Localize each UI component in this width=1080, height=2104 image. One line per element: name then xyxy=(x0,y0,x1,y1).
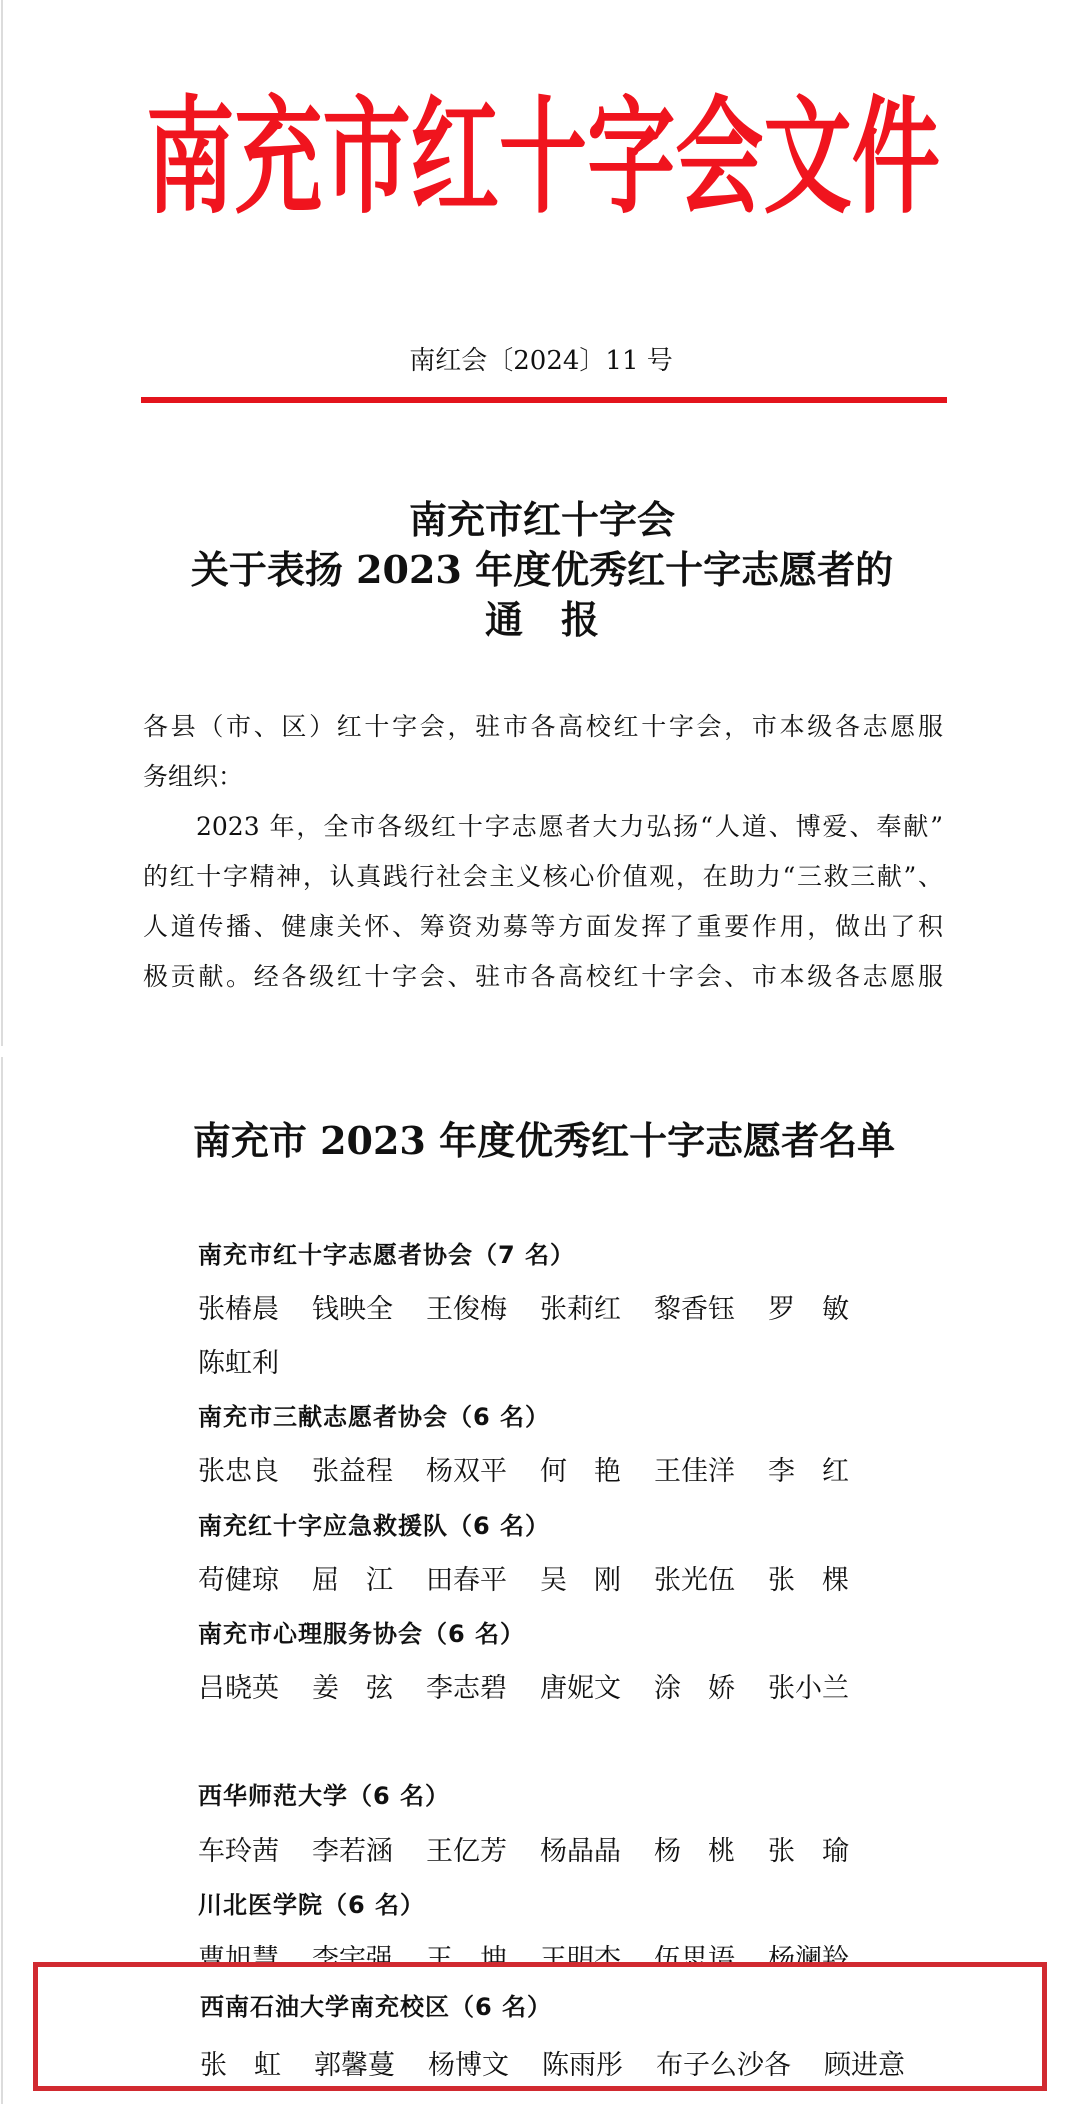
highlight-box: 西南石油大学南充校区（6 名） 张 虹 郭馨蔓 杨博文 陈雨彤 布子么沙各 顾进… xyxy=(33,1962,1047,2091)
body-line: 人道传播、健康关怀、筹资劝募等方面发挥了重要作用，做出了积 xyxy=(143,902,943,952)
group-title: 南充红十字应急救援队（6 名） xyxy=(198,1506,550,1541)
group-members-row: 陈虹利 xyxy=(198,1333,1058,1387)
group-title: 南充市三献志愿者协会（6 名） xyxy=(198,1397,550,1432)
body-line: 务组织： xyxy=(143,752,943,802)
volunteer-name: 王亿芳 xyxy=(426,1829,507,1868)
volunteer-name: 杨博文 xyxy=(428,2043,509,2082)
volunteer-name: 田春平 xyxy=(426,1558,507,1597)
group-title: 川北医学院（6 名） xyxy=(198,1885,425,1920)
group-title: 南充市红十字志愿者协会（7 名） xyxy=(198,1235,575,1270)
group-header: 西华师范大学（6 名） xyxy=(198,1767,1058,1821)
volunteer-name: 张 棵 xyxy=(768,1558,849,1597)
volunteer-name: 张忠良 xyxy=(198,1449,279,1488)
volunteer-name: 张 瑜 xyxy=(768,1829,849,1868)
volunteer-name: 张椿晨 xyxy=(198,1287,279,1326)
group-header: 川北医学院（6 名） xyxy=(198,1875,1058,1929)
group-title: 南充市心理服务协会（6 名） xyxy=(198,1614,525,1649)
group-members-row: 张忠良 张益程 杨双平 何 艳 王佳洋 李 红 xyxy=(198,1442,1058,1496)
group-title: 西南石油大学南充校区（6 名） xyxy=(200,1987,552,2022)
volunteer-name: 张光伍 xyxy=(654,1558,735,1597)
page-edge-bottom xyxy=(1,1057,3,2104)
group-header: 南充红十字应急救援队（6 名） xyxy=(198,1496,1058,1550)
document-masthead: 南充市红十字会文件 xyxy=(0,92,1080,222)
body-line: 各县（市、区）红十字会，驻市各高校红十字会，市本级各志愿服 xyxy=(143,702,943,752)
volunteer-name: 布子么沙各 xyxy=(656,2043,791,2082)
masthead-title: 南充市红十字会文件 xyxy=(146,92,940,222)
group-header: 西南石油大学南充校区（6 名） xyxy=(200,1977,552,2031)
group-title: 西华师范大学（6 名） xyxy=(198,1776,450,1811)
group-header: 南充市红十字志愿者协会（7 名） xyxy=(198,1225,1058,1279)
group-members-row: 苟健琼 屈 江 田春平 吴 刚 张光伍 张 棵 xyxy=(198,1550,1058,1604)
body-line: 极贡献。经各级红十字会、驻市各高校红十字会、市本级各志愿服 xyxy=(143,952,943,1002)
group-members-row: 车玲茜 李若涵 王亿芳 杨晶晶 杨 桃 张 瑜 xyxy=(198,1821,1058,1875)
volunteer-name: 杨 桃 xyxy=(654,1829,735,1868)
volunteer-name: 李 红 xyxy=(768,1449,849,1488)
volunteer-name: 王佳洋 xyxy=(654,1449,735,1488)
volunteer-name: 顾进意 xyxy=(824,2043,905,2082)
group-members-row: 张 虹 郭馨蔓 杨博文 陈雨彤 布子么沙各 顾进意 xyxy=(200,2035,938,2089)
volunteer-name: 何 艳 xyxy=(540,1449,621,1488)
volunteer-name: 李若涵 xyxy=(312,1829,393,1868)
notice-title: 南充市红十字会 关于表扬 2023 年度优秀红十字志愿者的 通 报 xyxy=(0,495,1080,645)
volunteer-name: 陈虹利 xyxy=(198,1341,279,1380)
volunteer-name: 陈雨彤 xyxy=(542,2043,623,2082)
volunteer-name: 钱映全 xyxy=(312,1287,393,1326)
group-members-row: 张椿晨 钱映全 王俊梅 张莉红 黎香钰 罗 敏 xyxy=(198,1279,1058,1333)
blank-line xyxy=(198,1713,1058,1767)
body-line: 2023 年，全市各级红十字志愿者大力弘扬“人道、博爱、奉献” xyxy=(143,802,943,852)
volunteer-name: 郭馨蔓 xyxy=(314,2043,395,2082)
volunteer-name: 吕晓英 xyxy=(198,1666,279,1705)
volunteer-name: 车玲茜 xyxy=(198,1829,279,1868)
document-number: 南红会〔2024〕11 号 xyxy=(0,346,1080,376)
notice-body: 各县（市、区）红十字会，驻市各高校红十字会，市本级各志愿服 务组织： 2023 … xyxy=(143,702,943,1002)
notice-subject: 关于表扬 2023 年度优秀红十字志愿者的 xyxy=(0,545,1080,595)
volunteer-name: 张小兰 xyxy=(768,1666,849,1705)
volunteer-name: 杨双平 xyxy=(426,1449,507,1488)
volunteer-name: 黎香钰 xyxy=(654,1287,735,1326)
group-header: 南充市三献志愿者协会（6 名） xyxy=(198,1388,1058,1442)
volunteer-name: 张 虹 xyxy=(200,2043,281,2082)
volunteer-name: 杨晶晶 xyxy=(540,1829,621,1868)
volunteer-name: 罗 敏 xyxy=(768,1287,849,1326)
volunteer-name: 张益程 xyxy=(312,1449,393,1488)
red-divider-rule xyxy=(141,397,947,403)
notice-type: 通 报 xyxy=(0,595,1080,645)
volunteer-name: 唐妮文 xyxy=(540,1666,621,1705)
group-header: 南充市心理服务协会（6 名） xyxy=(198,1604,1058,1658)
volunteer-name: 姜 弦 xyxy=(312,1666,393,1705)
list-heading: 南充市 2023 年度优秀红十字志愿者名单 xyxy=(0,1116,1080,1166)
volunteer-name: 吴 刚 xyxy=(540,1558,621,1597)
volunteer-groups: 南充市红十字志愿者协会（7 名） 张椿晨 钱映全 王俊梅 张莉红 黎香钰 罗 敏… xyxy=(198,1225,1058,1984)
volunteer-name: 苟健琼 xyxy=(198,1558,279,1597)
volunteer-name: 王俊梅 xyxy=(426,1287,507,1326)
volunteer-name: 屈 江 xyxy=(312,1558,393,1597)
volunteer-name: 张莉红 xyxy=(540,1287,621,1326)
volunteer-name: 涂 娇 xyxy=(654,1666,735,1705)
volunteer-name: 李志碧 xyxy=(426,1666,507,1705)
group-members-row: 吕晓英 姜 弦 李志碧 唐妮文 涂 娇 张小兰 xyxy=(198,1659,1058,1713)
notice-issuer: 南充市红十字会 xyxy=(0,495,1080,545)
body-line: 的红十字精神，认真践行社会主义核心价值观，在助力“三救三献”、 xyxy=(143,852,943,902)
